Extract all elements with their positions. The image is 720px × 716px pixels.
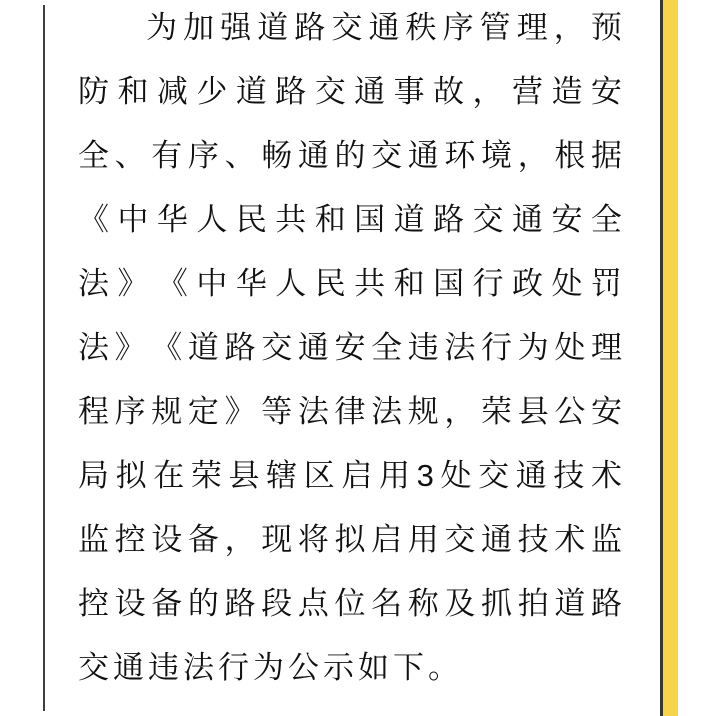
yellow-stripe	[660, 0, 678, 716]
text-line: 全、有序、畅通的交通环境，根据	[78, 124, 622, 188]
text-line: 监控设备，现将拟启用交通技术监	[78, 508, 622, 572]
text-line: 交通违法行为公示如下。	[78, 636, 622, 700]
text-line: 法》《道路交通安全违法行为处理	[78, 316, 622, 380]
text-line: 《中华人民共和国道路交通安全	[78, 188, 622, 252]
text-line: 控设备的路段点位名称及抓拍道路	[78, 572, 622, 636]
left-border-rule	[43, 5, 45, 711]
announcement-page: 为加强道路交通秩序管理，预防和减少道路交通事故，营造安全、有序、畅通的交通环境，…	[0, 0, 720, 716]
text-line: 为加强道路交通秩序管理，预	[78, 0, 622, 60]
text-line: 程序规定》等法律法规，荣县公安	[78, 380, 622, 444]
paragraph: 为加强道路交通秩序管理，预防和减少道路交通事故，营造安全、有序、畅通的交通环境，…	[78, 0, 622, 700]
text-line: 防和减少道路交通事故，营造安	[78, 60, 622, 124]
first-line-indent	[78, 28, 140, 29]
text-line: 局拟在荣县辖区启用3处交通技术	[78, 444, 622, 508]
text-line: 法》《中华人民共和国行政处罚	[78, 252, 622, 316]
